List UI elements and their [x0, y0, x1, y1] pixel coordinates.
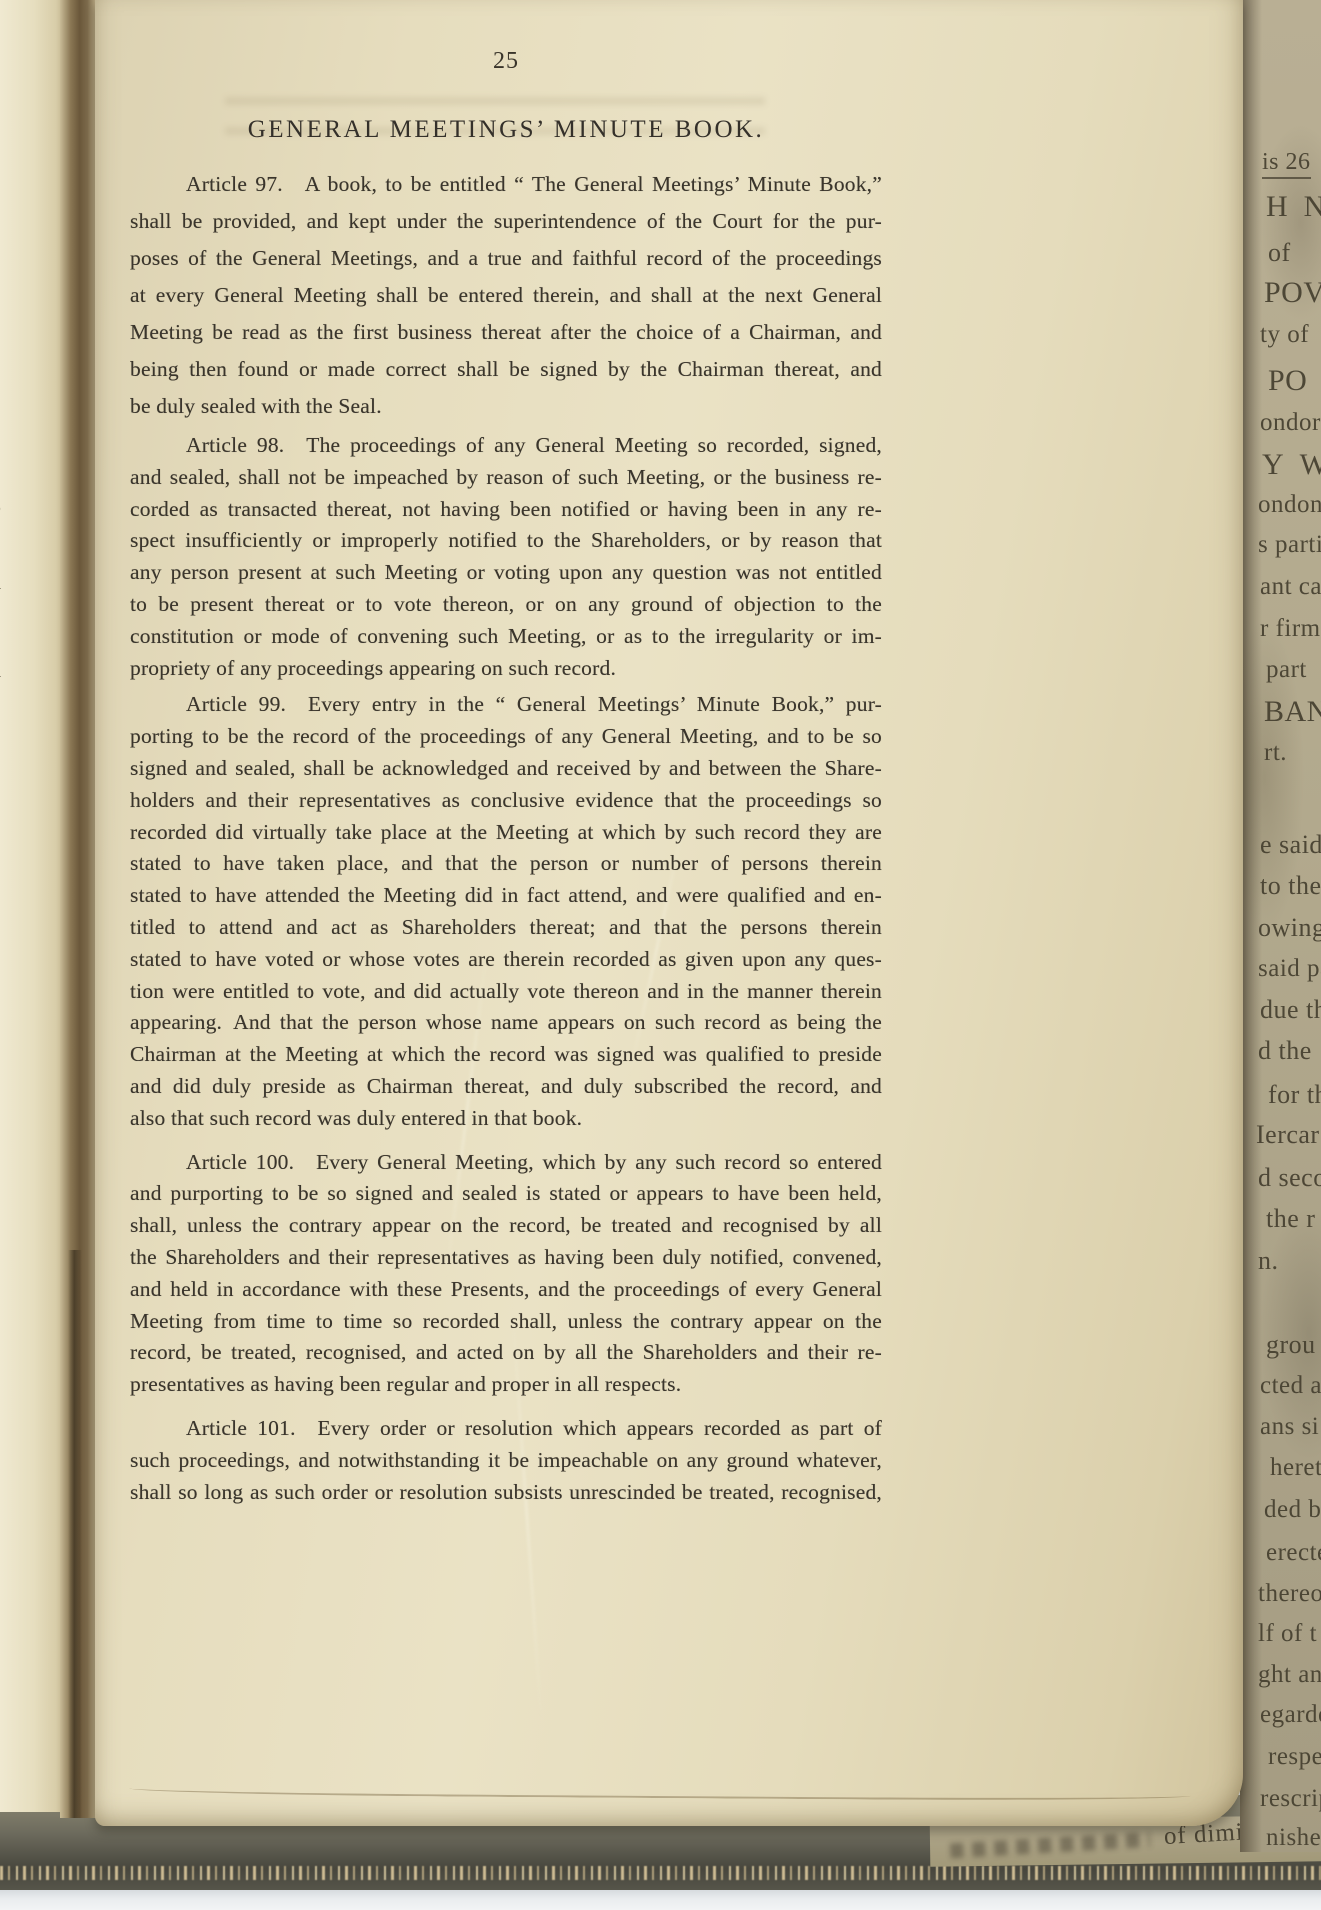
- page-edge-letter: a: [0, 163, 14, 185]
- text-line: spect insufficiently or improperly notif…: [130, 525, 882, 557]
- page-edge-letter: s: [0, 1000, 14, 1022]
- page-edge-letter: r: [0, 221, 14, 243]
- page-title: GENERAL MEETINGS’ MINUTE BOOK.: [130, 116, 882, 144]
- newsprint-fragment: ondor: [1260, 410, 1321, 435]
- text-line: shall so long as such order or resolutio…: [130, 1477, 882, 1509]
- text-line: be duly sealed with the Seal.: [130, 388, 882, 425]
- left-page-edge: e-atr,eree-raeb-tyytae-lrfaelsf,.: [0, 0, 62, 1812]
- page-edge-letter: y: [0, 668, 14, 690]
- page-edge-letter: e: [0, 332, 14, 354]
- newsprint-fragment: ondon: [1258, 492, 1321, 517]
- newsprint-fragment: Iercar: [1256, 1122, 1320, 1148]
- text-line: recorded did virtually take place at the…: [130, 817, 882, 849]
- newsprint-fragment: rescrip: [1260, 1786, 1321, 1811]
- page-edge-letter: a: [0, 874, 14, 896]
- text-line: stated to have voted or whose votes are …: [130, 944, 882, 976]
- text-line: record, be treated, recognised, and acte…: [130, 1337, 882, 1369]
- text-line: shall be provided, and kept under the su…: [130, 203, 882, 240]
- text-line: and did duly preside as Chairman thereat…: [130, 1071, 882, 1103]
- newsprint-fragment: owing: [1258, 915, 1321, 941]
- text-line: shall, unless the contrary appear on the…: [130, 1210, 882, 1242]
- text-line: presentatives as having been regular and…: [130, 1369, 882, 1401]
- newsprint-fragment: n.: [1258, 1248, 1279, 1274]
- newsprint-fragment: erecte: [1266, 1540, 1321, 1565]
- page-edge-letter: e: [0, 470, 14, 492]
- text-line: stated to have attended the Meeting did …: [130, 880, 882, 912]
- newsprint-fragment: POV: [1264, 278, 1321, 308]
- text-line: the Shareholders and their representativ…: [130, 1242, 882, 1274]
- text-line: tion were entitled to vote, and did actu…: [130, 976, 882, 1008]
- newsprint-fragment: s parti: [1258, 532, 1321, 557]
- text-line: and held in accordance with these Presen…: [130, 1274, 882, 1306]
- newsprint-fragment: heret: [1270, 1455, 1321, 1480]
- text-line: appearing. And that the person whose nam…: [130, 1007, 882, 1039]
- newsprint-fragment: lf of t: [1258, 1621, 1317, 1646]
- book-page: 25 GENERAL MEETINGS’ MINUTE BOOK. Articl…: [95, 0, 1243, 1826]
- newsprint-fragment: is 26: [1262, 150, 1311, 179]
- newsprint-fragment: egarde: [1260, 1702, 1321, 1727]
- book-gutter-shadow: [60, 0, 98, 1818]
- page-edge-letter: r: [0, 822, 14, 844]
- newsprint-fragment: said pa: [1258, 956, 1321, 981]
- newsprint-fragment: thereo: [1258, 1581, 1321, 1606]
- page-edge-letter: e: [0, 742, 14, 764]
- newsprint-fragment: of: [1268, 240, 1291, 266]
- page-edge-letter: -: [0, 391, 14, 413]
- text-line: propriety of any proceedings appearing o…: [130, 653, 882, 685]
- page-number: 25: [130, 48, 882, 75]
- page-edge-letter: .: [0, 1358, 14, 1380]
- text-line: at every General Meeting shall be entere…: [130, 277, 882, 314]
- text-line: holders and their representatives as con…: [130, 785, 882, 817]
- scanned-book-photo: e-atr,eree-raeb-tyytae-lrfaelsf,. is 26H…: [0, 0, 1321, 1910]
- text-line: Article 97. A book, to be entitled “ The…: [130, 166, 882, 203]
- page-edge-letter: e: [0, 916, 14, 938]
- text-line: Article 101. Every order or resolution w…: [130, 1413, 882, 1445]
- text-line: Chairman at the Meeting at which the rec…: [130, 1039, 882, 1071]
- newsprint-fragment: d seco: [1258, 1165, 1321, 1191]
- article-99: Article 99. Every entry in the “ General…: [130, 689, 882, 1134]
- page-edge-letter: r: [0, 306, 14, 328]
- page-edge-letter: -: [0, 134, 14, 156]
- newsprint-fragment: r firm: [1260, 616, 1321, 641]
- right-under-page: is 26H NofPOVty ofPOondorY Wondons parti…: [1240, 0, 1321, 1852]
- page-edge-letter: ,: [0, 250, 14, 272]
- text-line: Article 99. Every entry in the “ General…: [130, 689, 882, 721]
- newsprint-fragment: the r: [1266, 1206, 1315, 1232]
- newsprint-fragment: ans si: [1260, 1414, 1319, 1439]
- text-line: titled to attend and act as Shareholders…: [130, 912, 882, 944]
- page-edge-letter: r: [0, 420, 14, 442]
- text-line: signed and sealed, shall be acknowledged…: [130, 753, 882, 785]
- page-edge-letter: -: [0, 523, 14, 545]
- text-line: corded as transacted thereat, not having…: [130, 494, 882, 526]
- newsprint-fragment: H N: [1266, 192, 1321, 222]
- page-edge-letter: l: [0, 796, 14, 818]
- page-edge-letter: a: [0, 717, 14, 739]
- text-line: poses of the General Meetings, and a tru…: [130, 240, 882, 277]
- newsprint-fragment: nished: [1266, 1825, 1321, 1850]
- newsprint-fragment: ty of: [1260, 322, 1309, 347]
- newsprint-fragment: for th: [1268, 1082, 1321, 1108]
- page-edge-letter: l: [0, 948, 14, 970]
- illegible-text-smudge: [950, 1832, 1151, 1858]
- newsprint-fragment: cted a: [1260, 1373, 1321, 1398]
- page-edge-letter: t: [0, 192, 14, 214]
- newsprint-fragment: rt.: [1264, 740, 1287, 765]
- text-line: stated to have taken place, and that the…: [130, 848, 882, 880]
- page-edge-letter: e: [0, 100, 14, 122]
- text-line: and purporting to be so signed and seale…: [130, 1178, 882, 1210]
- page-edge-letter: t: [0, 552, 14, 574]
- page-edge-letter: e: [0, 280, 14, 302]
- page-edge-letter: t: [0, 694, 14, 716]
- page-edge-letter: y: [0, 580, 14, 602]
- text-line: such proceedings, and notwithstanding it…: [130, 1445, 882, 1477]
- page-edge-letter: a: [0, 445, 14, 467]
- text-line: Meeting from time to time so recorded sh…: [130, 1306, 882, 1338]
- article-98: Article 98. The proceedings of any Gener…: [130, 430, 882, 684]
- article-101: Article 101. Every order or resolution w…: [130, 1413, 882, 1508]
- text-line: Meeting be read as the first business th…: [130, 314, 882, 351]
- newsprint-fragment: part: [1266, 657, 1307, 682]
- newsprint-fragment: Y W: [1262, 450, 1321, 480]
- text-line: also that such record was duly entered i…: [130, 1103, 882, 1135]
- text-line: porting to be the record of the proceedi…: [130, 721, 882, 753]
- articles-body: Article 97. A book, to be entitled “ The…: [130, 166, 882, 1508]
- page-edge-letter: b: [0, 496, 14, 518]
- newsprint-fragment: d the: [1258, 1038, 1312, 1064]
- newsprint-fragment: due th: [1260, 997, 1321, 1023]
- page-edge-letter: -: [0, 769, 14, 791]
- page-block-deckle-edge: [0, 1866, 1321, 1880]
- newsprint-fragment: BAN: [1264, 697, 1321, 727]
- newsprint-fragment: ded b: [1264, 1497, 1321, 1522]
- newsprint-fragment: grou: [1266, 1332, 1316, 1358]
- article-100: Article 100. Every General Meeting, whic…: [130, 1147, 882, 1401]
- newsprint-fragment: PO: [1268, 366, 1307, 396]
- newsprint-fragment: to the: [1260, 873, 1321, 899]
- page-curl-line: [129, 1782, 1191, 1801]
- newsprint-fragment: respec: [1268, 1744, 1321, 1769]
- newsprint-fragment: ant ca: [1260, 574, 1321, 599]
- newsprint-fragment: e said: [1260, 832, 1321, 858]
- text-line: any person present at such Meeting or vo…: [130, 557, 882, 589]
- text-line: constitution or mode of convening such M…: [130, 621, 882, 653]
- page-edge-letter: f: [0, 1026, 14, 1048]
- page-edge-letter: ,: [0, 1310, 14, 1332]
- text-line: Article 100. Every General Meeting, whic…: [130, 1147, 882, 1179]
- text-line: and sealed, shall not be impeached by re…: [130, 462, 882, 494]
- page-edge-letter: f: [0, 847, 14, 869]
- text-line: Article 98. The proceedings of any Gener…: [130, 430, 882, 462]
- text-line: to be present thereat or to vote thereon…: [130, 589, 882, 621]
- article-97: Article 97. A book, to be entitled “ The…: [130, 166, 882, 425]
- text-line: being then found or made correct shall b…: [130, 351, 882, 388]
- newsprint-fragment: ght an: [1258, 1662, 1321, 1687]
- page-edge-letter: e: [0, 358, 14, 380]
